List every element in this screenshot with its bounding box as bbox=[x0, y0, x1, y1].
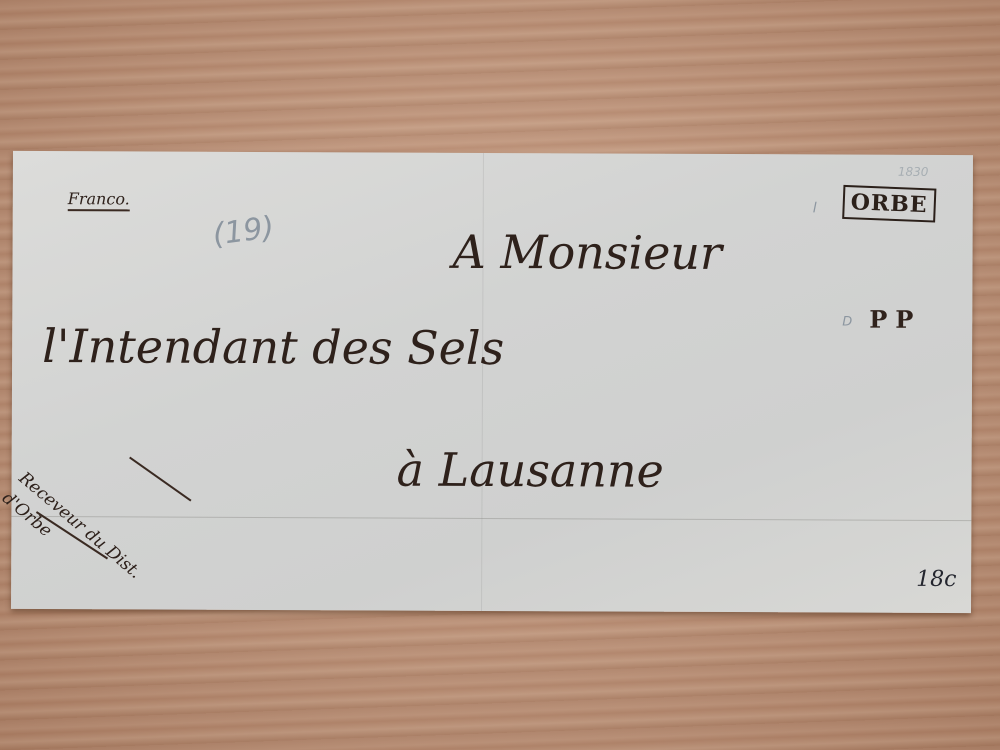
address-line-2: l'Intendant des Sels bbox=[42, 319, 504, 375]
pencil-mark: D bbox=[842, 315, 852, 330]
year-pencil-note: 1830 bbox=[898, 165, 929, 179]
ink-stroke bbox=[129, 457, 191, 502]
pencil-number: (19) bbox=[211, 210, 277, 253]
fold-line bbox=[11, 516, 971, 521]
postage-rate: 18c bbox=[916, 567, 956, 592]
fold-line bbox=[481, 153, 484, 611]
address-line-3: à Lausanne bbox=[396, 443, 663, 498]
postal-cover: Franco. (19) 1830 l D ORBE PP A Monsieur… bbox=[11, 151, 973, 613]
pp-paid-postmark: PP bbox=[869, 305, 921, 334]
pencil-mark: l bbox=[813, 200, 817, 216]
orbe-town-postmark: ORBE bbox=[842, 185, 936, 223]
address-line-1: A Monsieur bbox=[452, 225, 722, 280]
franco-marking: Franco. bbox=[68, 189, 130, 211]
